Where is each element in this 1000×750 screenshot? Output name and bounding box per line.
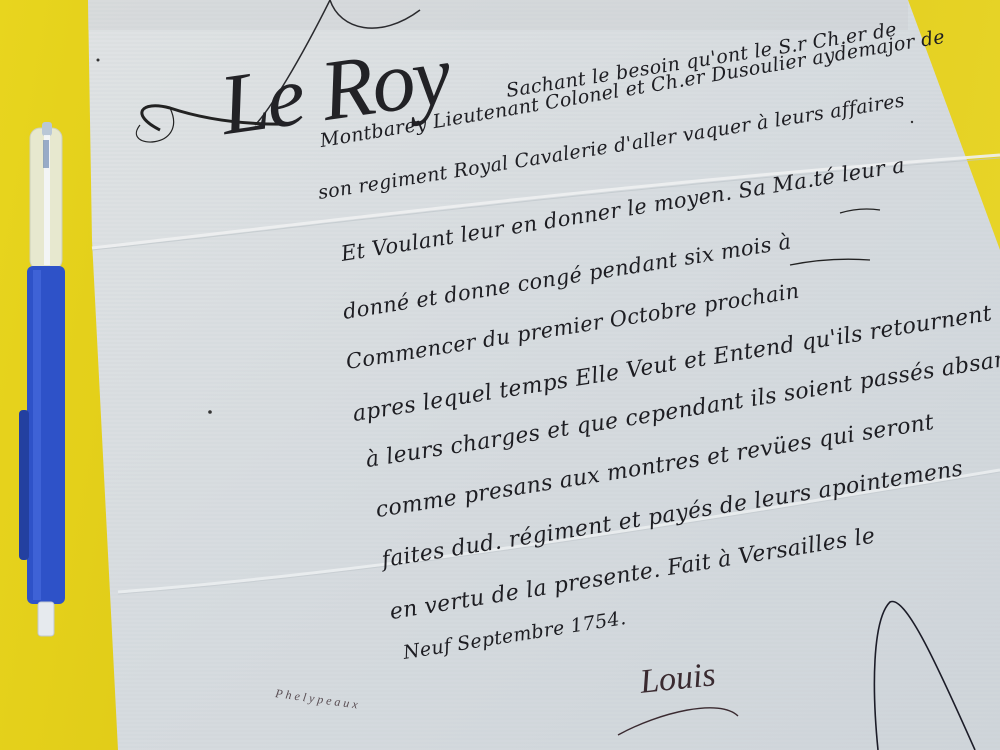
royal-signature: Louis [638, 656, 717, 702]
document-paper: Le Roy Sachant le besoin qu'ont le S.r C… [0, 0, 1000, 750]
